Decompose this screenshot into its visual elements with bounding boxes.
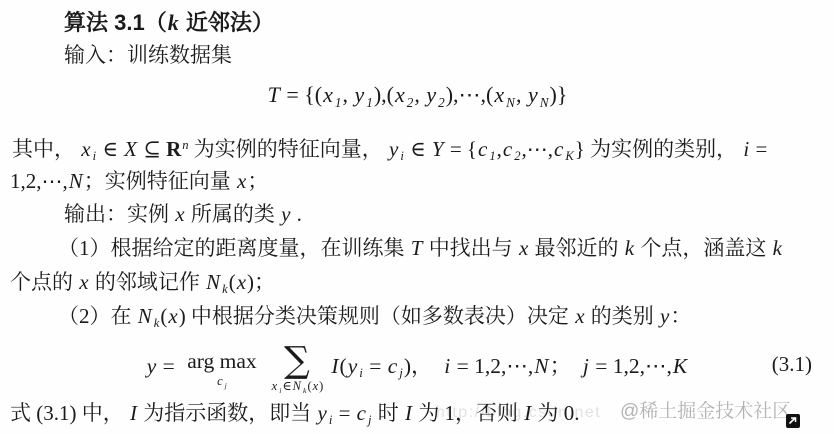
where-clause-line-1: 其中， xi ∈ X ⊆ Rn 为实例的特征向量， yi ∈ Y = {c1,c…: [12, 135, 767, 165]
where-clause-line-2: 1,2,⋯,N；实例特征向量 x；: [10, 167, 268, 195]
training-set-formula: T = {(x1, y1),(x2, y2),⋯,(xN, yN)}: [0, 80, 834, 111]
step-1-line-1: （1）根据给定的距离度量，在训练集 T 中找出与 x 最邻近的 k 个点，涵盖这…: [58, 234, 783, 262]
equation-3-1-body: y = arg maxcj∑xi∈Nk(x)I(yi = cj)， i = 1,…: [146, 343, 688, 393]
closing-line: 式 (3.1) 中， I 为指示函数，即当 yi = cj 时 I 为 1，否则…: [10, 399, 580, 429]
output-label-line: 输出：实例 x 所属的类 y .: [64, 200, 302, 228]
equation-number: (3.1): [772, 352, 812, 377]
csdn-logo-icon: [786, 414, 800, 428]
input-label-line: 输入：训练数据集: [64, 41, 232, 69]
step-2-line: （2）在 Nk(x) 中根据分类决策规则（如多数表决）决定 x 的类别 y：: [58, 302, 691, 332]
algorithm-title: 算法 3.1（k 近邻法）: [64, 8, 274, 38]
step-1-line-2: 个点的 x 的邻域记作 Nk(x)；: [10, 268, 275, 298]
watermark-community-text: @稀土掘金技术社区: [620, 396, 791, 423]
scanned-textbook-page: 算法 3.1（k 近邻法） 输入：训练数据集 T = {(x1, y1),(x2…: [0, 0, 834, 434]
equation-3-1: y = arg maxcj∑xi∈Nk(x)I(yi = cj)， i = 1,…: [0, 336, 834, 400]
